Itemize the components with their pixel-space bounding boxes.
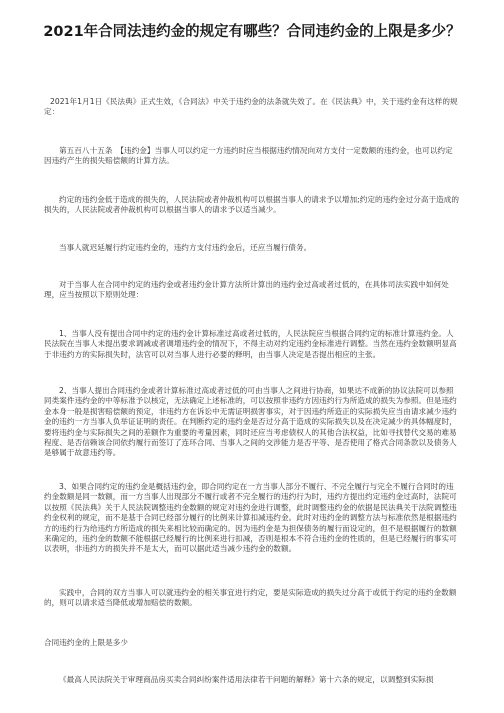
- paragraph-principle-2: 2、当事人提出合同违约金或者计算标准过高或者过低的可由当事人之间进行协商，如果达…: [44, 386, 460, 459]
- paragraph-practice: 实践中，合同的双方当事人可以就违约金的相关事宜进行约定，要是实际造成的损失过分高…: [44, 588, 460, 609]
- section-heading-upper-limit: 合同违约金的上限是多少: [44, 638, 460, 648]
- paragraph-article-585: 第五百八十五条 【违约金】当事人可以约定一方违约时应当根据违约情况向对方支付一定…: [44, 146, 460, 167]
- paragraph-principle-3: 3、如果合同约定的违约金是概括违约金，即合同约定在一方当事人部分不履行、不完全履…: [44, 482, 460, 555]
- paragraph-principle-1: 1、当事人没有提出合同中约定的违约金计算标准过高或者过低的，人民法院应当根据合同…: [44, 329, 460, 360]
- paragraph-adjustment: 约定的违约金低于造成的损失的，人民法院或者仲裁机构可以根据当事人的请求予以增加;…: [44, 195, 460, 216]
- paragraph-delay: 当事人就迟延履行约定违约金的，违约方支付违约金后，还应当履行债务。: [44, 243, 460, 253]
- paragraph-interpretation: 《最高人民法院关于审理商品房买卖合同纠纷案件适用法律若干问题的解释》第十六条的规…: [44, 675, 460, 685]
- page-title: 2021年合同法违约金的规定有哪些？合同违约金的上限是多少？: [40, 22, 464, 43]
- paragraph-intro: 2021年1月1日《民法典》正式生效，《合同法》中关于违约金的法条就失效了。在《…: [44, 97, 460, 118]
- paragraph-principles: 对于当事人在合同中约定的违约金或者违约金计算方法所计算出的违约金过高或者过低的，…: [44, 280, 460, 301]
